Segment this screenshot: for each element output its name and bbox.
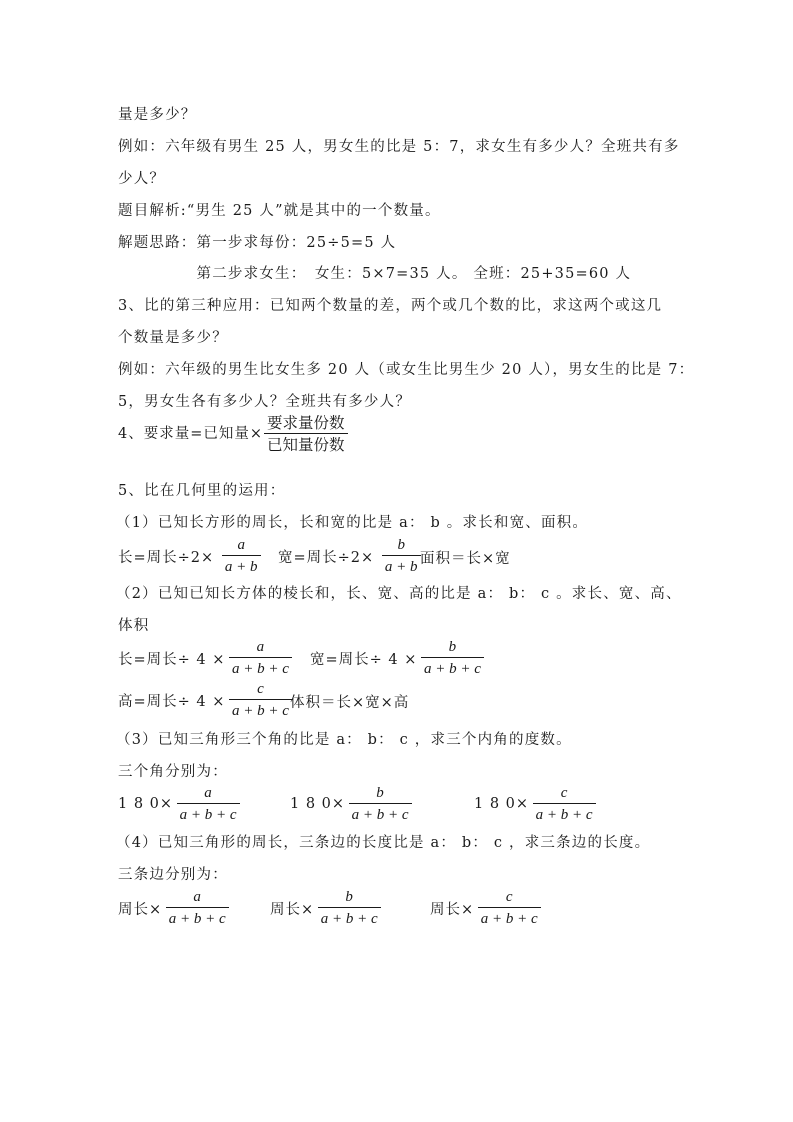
- item-2-text-cont: 体积: [118, 614, 149, 635]
- fraction: ba + b + c: [315, 888, 383, 928]
- text-line: 少人？: [118, 167, 165, 188]
- numerator: b: [342, 888, 356, 907]
- section-title: 5、比在几何里的运用：: [118, 479, 285, 500]
- item-3-text: （3）已知三角形三个角的比是 a： b： c ，求三个内角的度数。: [116, 728, 572, 749]
- numerator: b: [394, 536, 408, 555]
- formula-prefix: 高=周长÷ 4 ×: [118, 690, 225, 711]
- item-4-formulas: 周长×aa + b + c 周长×ba + b + c 周长×ca + b + …: [118, 888, 718, 930]
- fraction: aa + b + c: [163, 888, 231, 928]
- fraction: ca + b + c: [475, 888, 543, 928]
- numerator: a: [234, 536, 248, 555]
- denominator: a + b + c: [349, 803, 412, 824]
- item-1-text: （1）已知长方形的周长，长和宽的比是 a： b 。求长和宽、面积。: [116, 511, 588, 532]
- fraction: ba + b + c: [346, 784, 414, 824]
- denominator: 已知量份数: [264, 433, 348, 454]
- area-formula: 面积＝长×宽: [420, 547, 511, 568]
- item-4-text: （4）已知三角形的周长，三条边的长度比是 a： b： c ，求三条边的长度。: [116, 831, 650, 852]
- formula-prefix: 宽=周长÷2×: [278, 546, 374, 567]
- formula-prefix: 1 8 0×: [474, 796, 529, 812]
- fraction: ca + b + c: [226, 680, 294, 720]
- numerator: a: [190, 888, 204, 907]
- denominator: a + b + c: [166, 907, 229, 928]
- text-line: 题目解析:“男生 25 人”就是其中的一个数量。: [118, 199, 441, 220]
- fraction: aa + b + c: [174, 784, 242, 824]
- text-line: 例如：六年级有男生 25 人，男女生的比是 5：7，求女生有多少人？全班共有多: [118, 135, 680, 156]
- numerator: c: [558, 784, 571, 803]
- item-1-formulas: 长=周长÷2×aa + b 宽=周长÷2×ba + b 面积＝长×宽: [118, 536, 718, 578]
- text-line: 3、比的第三种应用：已知两个数量的差，两个或几个数的比，求这两个或这几: [118, 294, 662, 315]
- denominator: a + b + c: [421, 657, 484, 678]
- numerator: b: [446, 638, 460, 657]
- item-2-text: （2）已知已知长方体的棱长和，长、宽、高的比是 a： b： c 。求长、宽、高、: [116, 582, 682, 603]
- formula-prefix: 1 8 0×: [290, 796, 345, 812]
- denominator: a + b + c: [478, 907, 541, 928]
- formula-prefix: 周长×: [430, 898, 474, 919]
- text-line: 第二步求女生： 女生：5×7=35 人。 全班：25+35=60 人: [118, 262, 631, 283]
- fraction: 要求量份数已知量份数: [264, 414, 348, 454]
- denominator: a + b + c: [229, 699, 292, 720]
- item-3-formulas: 1 8 0×aa + b + c 1 8 0×ba + b + c 1 8 0×…: [118, 784, 718, 826]
- text-line: 个数量是多少？: [118, 326, 228, 347]
- numerator: c: [254, 680, 267, 699]
- denominator: a + b: [382, 555, 421, 576]
- item-4-label: 三条边分别为：: [118, 863, 228, 884]
- formula-prefix: 长=周长÷ 4 ×: [118, 648, 225, 669]
- numerator: 要求量份数: [264, 414, 348, 433]
- numerator: a: [254, 638, 268, 657]
- fraction: ca + b + c: [530, 784, 598, 824]
- item-3-label: 三个角分别为：: [118, 760, 228, 781]
- formula-prefix: 4、要求量=已知量×: [118, 426, 263, 442]
- text-line: 5，男女生各有多少人？全班共有多少人？: [118, 390, 411, 411]
- text-line: 例如：六年级的男生比女生多 20 人（或女生比男生少 20 人），男女生的比是 …: [118, 358, 694, 379]
- formula-prefix: 周长×: [270, 898, 314, 919]
- volume-formula: 体积＝长×宽×高: [290, 691, 409, 712]
- fraction: ba + b + c: [418, 638, 486, 678]
- numerator: b: [373, 784, 387, 803]
- denominator: a + b + c: [533, 803, 596, 824]
- formula-prefix: 长=周长÷2×: [118, 546, 214, 567]
- formula-prefix: 1 8 0×: [118, 796, 173, 812]
- fraction: aa + b + c: [226, 638, 294, 678]
- numerator: c: [503, 888, 516, 907]
- denominator: a + b + c: [318, 907, 381, 928]
- text-line: 量是多少？: [118, 103, 197, 124]
- formula-4: 4、要求量=已知量×要求量份数已知量份数: [118, 414, 348, 454]
- denominator: a + b + c: [177, 803, 240, 824]
- denominator: a + b + c: [229, 657, 292, 678]
- numerator: a: [201, 784, 215, 803]
- formula-prefix: 周长×: [118, 898, 162, 919]
- fraction: aa + b: [215, 536, 267, 576]
- formula-prefix: 宽=周长÷ 4 ×: [310, 648, 417, 669]
- item-2-formulas-row-2: 高=周长÷ 4 ×ca + b + c 体积＝长×宽×高: [118, 680, 718, 722]
- text-line: 解题思路：第一步求每份：25÷5=5 人: [118, 231, 396, 252]
- item-2-formulas-row-1: 长=周长÷ 4 ×aa + b + c 宽=周长÷ 4 ×ba + b + c: [118, 638, 718, 680]
- denominator: a + b: [222, 555, 261, 576]
